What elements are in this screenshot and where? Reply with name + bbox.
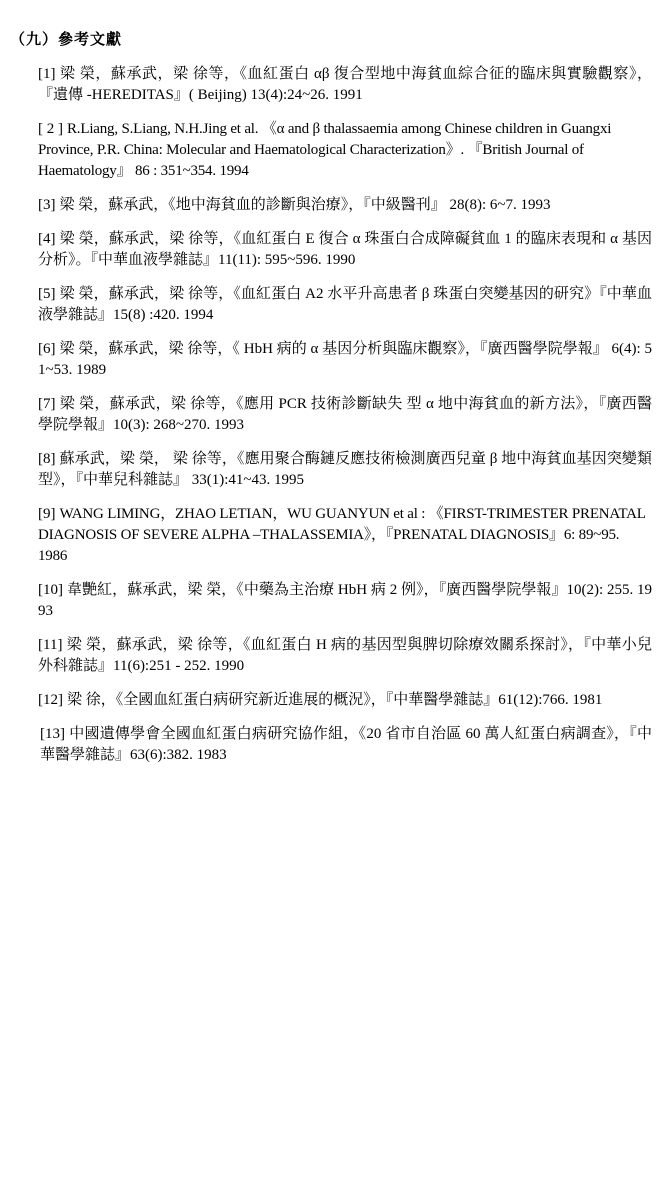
reference-number: [9] xyxy=(38,506,56,522)
reference-text: 梁 榮，蘇承武，梁 徐等，《血紅蛋白 H 病的基因型與脾切除療效關系探討》，『中… xyxy=(38,637,652,674)
reference-item-6: [6]梁 榮，蘇承武，梁 徐等，《 HbH 病的 α 基因分析與臨床觀察》，『廣… xyxy=(38,339,652,381)
section-heading: （九）參考文獻 xyxy=(10,30,122,50)
reference-item-4: [4]梁 榮，蘇承武，梁 徐等，《血紅蛋白 E 復合 α 珠蛋白合成障礙貧血 1… xyxy=(38,229,652,271)
reference-text: 梁 榮，蘇承武，梁 徐等，《血紅蛋白 αβ 復合型地中海貧血綜合征的臨床與實驗觀… xyxy=(38,66,652,103)
reference-item-8: [8]蘇承武，梁 榮， 梁 徐等，《應用聚合酶鏈反應技術檢測廣西兒童 β 地中海… xyxy=(38,449,652,491)
reference-text: 梁 徐，《全國血紅蛋白病研究新近進展的概況》，『中華醫學雜誌』61(12):76… xyxy=(67,692,602,708)
reference-item-1: [1]梁 榮，蘇承武，梁 徐等，《血紅蛋白 αβ 復合型地中海貧血綜合征的臨床與… xyxy=(38,64,652,106)
reference-item-9: [9]WANG LIMING，ZHAO LETIAN，WU GUANYUN et… xyxy=(38,504,652,567)
reference-item-10: [10]韋艷紅，蘇承武，梁 榮，《中藥為主治療 HbH 病 2 例》，『廣西醫學… xyxy=(38,580,652,622)
reference-item-5: [5]梁 榮，蘇承武，梁 徐等，《血紅蛋白 A2 水平升高患者 β 珠蛋白突變基… xyxy=(38,284,652,326)
reference-number: [12] xyxy=(38,692,63,708)
reference-item-12: [12]梁 徐，《全國血紅蛋白病研究新近進展的概況》，『中華醫學雜誌』61(12… xyxy=(38,690,652,711)
reference-text: WANG LIMING，ZHAO LETIAN，WU GUANYUN et al… xyxy=(38,506,645,564)
reference-item-7: [7]梁 榮，蘇承武，梁 徐等，《應用 PCR 技術診斷缺失 型 α 地中海貧血… xyxy=(38,394,652,436)
reference-number: [5] xyxy=(38,286,56,302)
reference-number: [13] xyxy=(40,726,65,742)
reference-number: [8] xyxy=(38,451,56,467)
reference-text: 梁 榮，蘇承武，梁 徐等，《應用 PCR 技術診斷缺失 型 α 地中海貧血的新方… xyxy=(38,396,652,433)
reference-text: R.Liang, S.Liang, N.H.Jing et al. 《α and… xyxy=(38,121,611,179)
reference-text: 蘇承武，梁 榮， 梁 徐等，《應用聚合酶鏈反應技術檢測廣西兒童 β 地中海貧血基… xyxy=(38,451,652,488)
reference-number: [6] xyxy=(38,341,56,357)
reference-text: 梁 榮，蘇承武，梁 徐等，《血紅蛋白 A2 水平升高患者 β 珠蛋白突變基因的研… xyxy=(38,286,652,323)
reference-text: 梁 榮，蘇承武，《地中海貧血的診斷與治療》，『中級醫刊』 28(8): 6~7.… xyxy=(60,197,551,213)
reference-item-11: [11]梁 榮，蘇承武，梁 徐等，《血紅蛋白 H 病的基因型與脾切除療效關系探討… xyxy=(38,635,652,677)
reference-number: [3] xyxy=(38,197,56,213)
reference-item-3: [3]梁 榮，蘇承武，《地中海貧血的診斷與治療》，『中級醫刊』 28(8): 6… xyxy=(38,195,652,216)
reference-text: 梁 榮，蘇承武，梁 徐等，《血紅蛋白 E 復合 α 珠蛋白合成障礙貧血 1 的臨… xyxy=(38,231,652,268)
reference-text: 中國遺傳學會全國血紅蛋白病研究協作組，《20 省市自治區 60 萬人紅蛋白病調查… xyxy=(40,726,652,763)
reference-number: [1] xyxy=(38,66,56,82)
reference-item-2: [ 2 ]R.Liang, S.Liang, N.H.Jing et al. 《… xyxy=(38,119,652,182)
reference-number: [10] xyxy=(38,582,63,598)
reference-number: [11] xyxy=(38,637,62,653)
reference-item-13: [13]中國遺傳學會全國血紅蛋白病研究協作組，《20 省市自治區 60 萬人紅蛋… xyxy=(38,724,652,766)
reference-number: [ 2 ] xyxy=(38,121,63,137)
reference-number: [7] xyxy=(38,396,56,412)
reference-text: 韋艷紅，蘇承武，梁 榮，《中藥為主治療 HbH 病 2 例》，『廣西醫學院學報』… xyxy=(38,582,652,619)
reference-number: [4] xyxy=(38,231,56,247)
reference-text: 梁 榮，蘇承武，梁 徐等，《 HbH 病的 α 基因分析與臨床觀察》，『廣西醫學… xyxy=(38,341,652,378)
reference-list: [1]梁 榮，蘇承武，梁 徐等，《血紅蛋白 αβ 復合型地中海貧血綜合征的臨床與… xyxy=(38,64,652,779)
